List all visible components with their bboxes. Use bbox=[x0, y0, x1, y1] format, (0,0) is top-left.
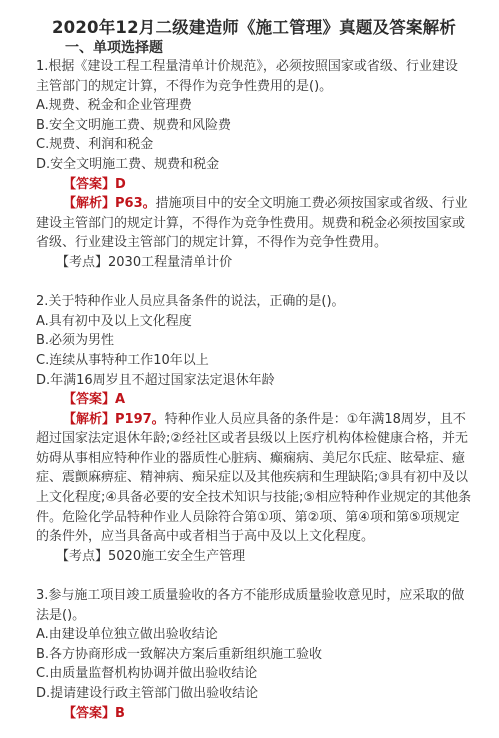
analysis-page: P63。 bbox=[115, 196, 156, 211]
analysis-text: 的条件外，应当具备高中或者相当于高中及以上文化程度。 bbox=[36, 527, 442, 547]
option-d: D.年满16周岁且不超过国家法定退休年龄 bbox=[36, 371, 442, 391]
analysis-line: 【解析】P63。措施项目中的安全文明施工费必须按国家或省级、行业 bbox=[36, 194, 442, 214]
question-stem: 法是()。 bbox=[36, 606, 442, 626]
kaodian: 【考点】2030工程量清单计价 bbox=[36, 253, 442, 273]
option-c: C.规费、利润和税金 bbox=[36, 135, 442, 155]
question-stem: 主管部门的规定计算，不得作为竞争性费用的是()。 bbox=[36, 77, 442, 97]
option-b: B.各方协商形成一致解决方案后重新组织施工验收 bbox=[36, 645, 442, 665]
document-body: 1.根据《建设工程工程量清单计价规范》，必须按照国家或省级、行业建设 主管部门的… bbox=[36, 57, 442, 723]
analysis-text: 件。危险化学品特种作业人员除符合第①项、第②项、第④项和第⑤项规定 bbox=[36, 508, 442, 528]
option-a: A.具有初中及以上文化程度 bbox=[36, 312, 442, 332]
option-c: C.连续从事特种工作10年以上 bbox=[36, 351, 442, 371]
page-title: 2020年12月二级建造师《施工管理》真题及答案解析 bbox=[52, 14, 456, 38]
question-1: 1.根据《建设工程工程量清单计价规范》，必须按照国家或省级、行业建设 主管部门的… bbox=[36, 57, 442, 273]
kaodian: 【考点】5020施工安全生产管理 bbox=[36, 547, 442, 567]
answer-value: D bbox=[115, 177, 126, 192]
analysis-text: 超过国家法定退休年龄;②经社区或者县级以上医疗机构体检健康合格，并无 bbox=[36, 429, 442, 449]
analysis-text: 症、震颤麻痹症、精神病、痴呆症以及其他疾病和生理缺陷;③具有初中及以 bbox=[36, 468, 442, 488]
answer-line: 【答案】A bbox=[36, 390, 442, 410]
question-2: 2.关于特种作业人员应具备条件的说法，正确的是()。 A.具有初中及以上文化程度… bbox=[36, 292, 442, 566]
question-stem: 1.根据《建设工程工程量清单计价规范》，必须按照国家或省级、行业建设 bbox=[36, 57, 442, 77]
option-b: B.必须为男性 bbox=[36, 331, 442, 351]
answer-label: 【答案】 bbox=[63, 706, 115, 721]
option-d: D.安全文明施工费、规费和税金 bbox=[36, 155, 442, 175]
answer-value: A bbox=[115, 392, 125, 407]
option-d: D.提请建设行政主管部门做出验收结论 bbox=[36, 684, 442, 704]
option-c: C.由质量监督机构协调并做出验收结论 bbox=[36, 664, 442, 684]
analysis-label: 【解析】 bbox=[63, 196, 115, 211]
answer-label: 【答案】 bbox=[63, 177, 115, 192]
answer-label: 【答案】 bbox=[63, 392, 115, 407]
analysis-label: 【解析】 bbox=[63, 412, 115, 427]
question-3: 3.参与施工项目竣工质量验收的各方不能形成质量验收意见时，应采取的做 法是()。… bbox=[36, 586, 442, 723]
analysis-text: 建设主管部门的规定计算，不得作为竞争性费用。规费和税金必须按国家或 bbox=[36, 214, 442, 234]
analysis-text: 省级、行业建设主管部门的规定计算，不得作为竞争性费用。 bbox=[36, 233, 442, 253]
question-stem: 2.关于特种作业人员应具备条件的说法，正确的是()。 bbox=[36, 292, 442, 312]
question-stem: 3.参与施工项目竣工质量验收的各方不能形成质量验收意见时，应采取的做 bbox=[36, 586, 442, 606]
analysis-text: 上文化程度;④具备必要的安全技术知识与技能;⑤相应特种作业规定的其他条 bbox=[36, 488, 442, 508]
answer-line: 【答案】B bbox=[36, 704, 442, 724]
analysis-line: 【解析】P197。特种作业人员应具备的条件是：①年满18周岁，且不 bbox=[36, 410, 442, 430]
analysis-text: 特种作业人员应具备的条件是：①年满18周岁，且不 bbox=[165, 412, 466, 427]
option-b: B.安全文明施工费、规费和风险费 bbox=[36, 116, 442, 136]
section-heading: 一、单项选择题 bbox=[65, 37, 163, 57]
analysis-page: P197。 bbox=[115, 412, 165, 427]
option-a: A.规费、税金和企业管理费 bbox=[36, 96, 442, 116]
analysis-text: 妨碍从事相应特种作业的器质性心脏病、癫痫病、美尼尔氏症、眩晕症、癔 bbox=[36, 449, 442, 469]
analysis-text: 措施项目中的安全文明施工费必须按国家或省级、行业 bbox=[156, 196, 468, 211]
option-a: A.由建设单位独立做出验收结论 bbox=[36, 625, 442, 645]
answer-line: 【答案】D bbox=[36, 175, 442, 195]
answer-value: B bbox=[115, 706, 125, 721]
